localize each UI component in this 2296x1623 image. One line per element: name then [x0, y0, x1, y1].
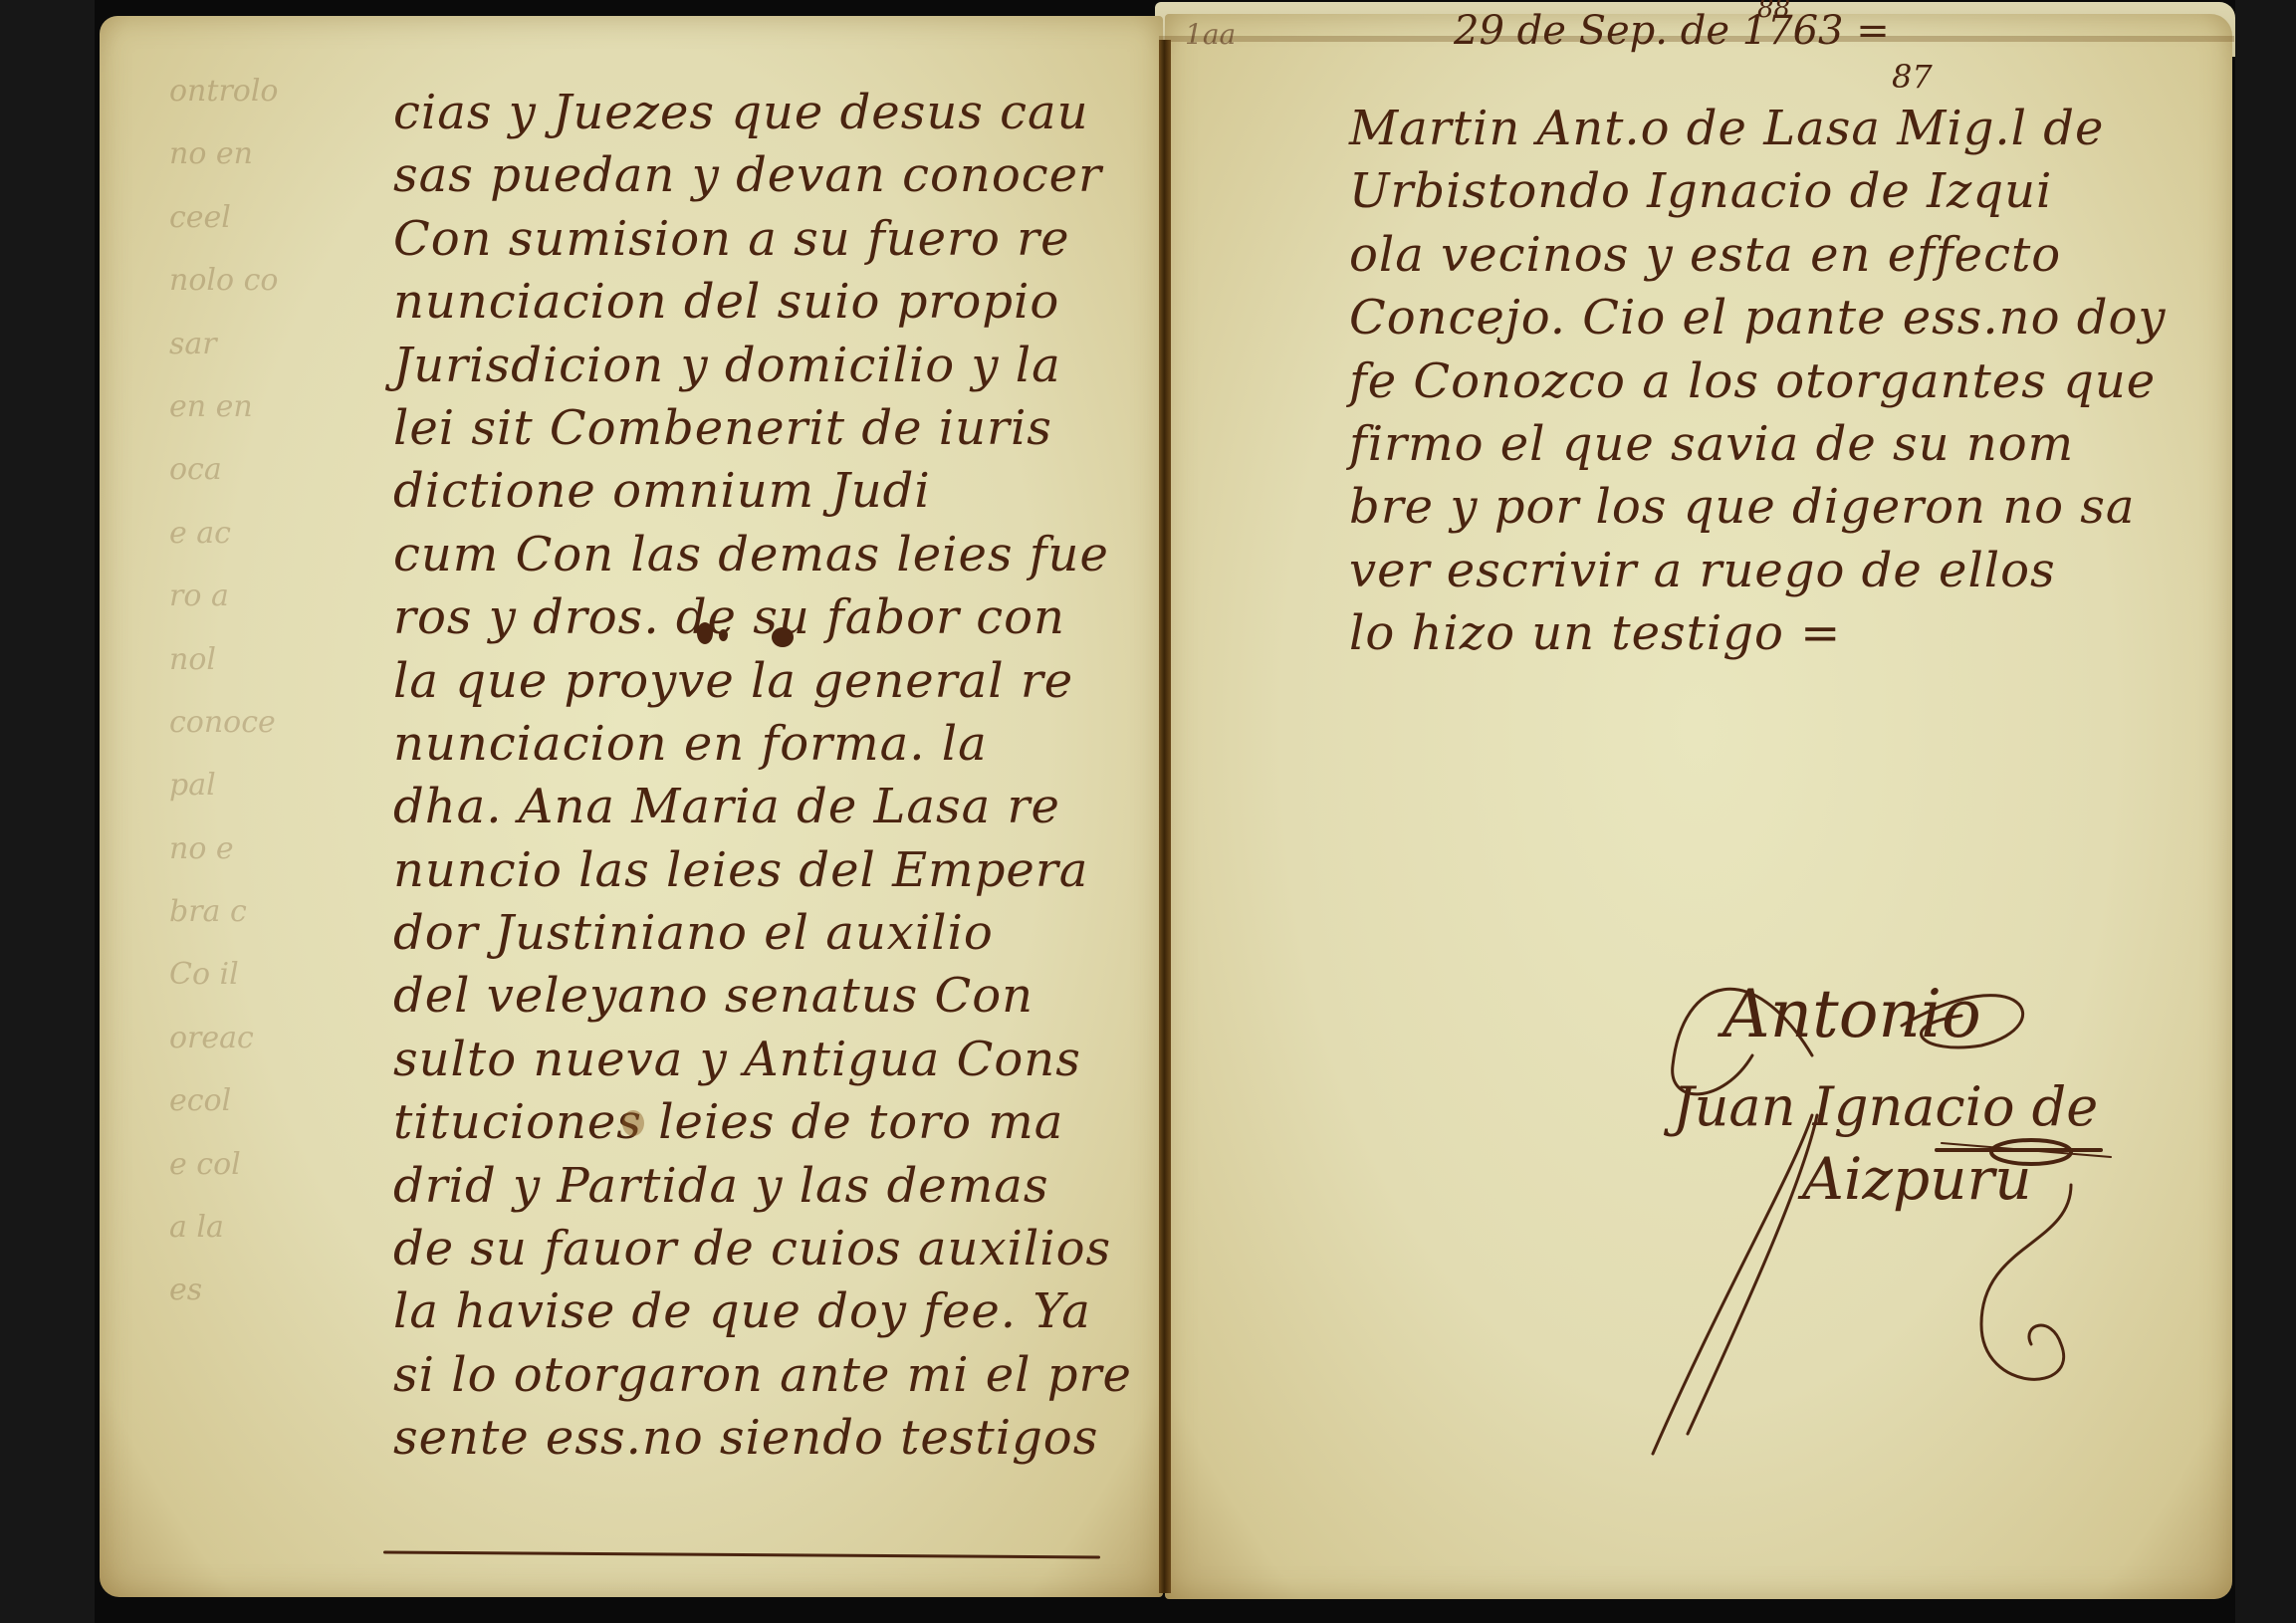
bleed-through-margin: ontrolo no en ceel nolo co sar en en oca…	[169, 60, 398, 1322]
ink-blot	[719, 629, 728, 641]
bleed-line: ontrolo	[169, 60, 398, 122]
signature-juan-ignacio: Juan Ignacio de	[1673, 1075, 2098, 1138]
bleed-line: ecol	[169, 1069, 398, 1132]
text-line: ola vecinos y esta en effecto	[1349, 224, 2205, 287]
text-line: drid y Partida y las demas	[393, 1155, 1150, 1218]
text-line: del veleyano senatus Con	[393, 965, 1150, 1028]
text-line: nunciacion en forma. la	[393, 713, 1150, 776]
ink-blot	[697, 622, 713, 644]
left-page-text: cias y Juezes que desus cau sas puedan y…	[393, 82, 1150, 1471]
bleed-line: oreac	[169, 1007, 398, 1069]
text-line: tituciones leies de toro ma	[393, 1091, 1150, 1154]
text-line: de su fauor de cuios auxilios	[393, 1218, 1150, 1280]
faint-header-note: 1aa	[1185, 18, 1236, 51]
right-page-text: Martin Ant.o de Lasa Mig.l de Urbistondo…	[1349, 98, 2205, 666]
scan-background-left	[0, 0, 95, 1623]
folio-number: 87	[1892, 58, 1933, 96]
paper-stain	[622, 1110, 644, 1136]
text-line: si lo otorgaron ante mi el pre	[393, 1344, 1150, 1407]
text-line: dictione omnium Judi	[393, 460, 1150, 523]
bleed-line: sar	[169, 313, 398, 375]
bleed-line: no e	[169, 817, 398, 880]
text-line: lei sit Combenerit de iuris	[393, 397, 1150, 460]
ink-blot	[772, 627, 794, 647]
text-line: cum Con las demas leies fue	[393, 524, 1150, 586]
text-line: nunciacion del suio propio	[393, 271, 1150, 334]
text-line: la havise de que doy fee. Ya	[393, 1280, 1150, 1343]
bleed-line: no en	[169, 122, 398, 185]
text-line: Jurisdicion y domicilio y la	[393, 335, 1150, 397]
bleed-line: es	[169, 1259, 398, 1321]
bleed-line: oca	[169, 438, 398, 501]
signature-aizpuru: Aizpuru	[1802, 1145, 2032, 1213]
bleed-line: ceel	[169, 186, 398, 249]
bleed-line: ro a	[169, 565, 398, 627]
text-line: dor Justiniano el auxilio	[393, 902, 1150, 965]
bleed-line: en en	[169, 375, 398, 438]
text-line: ver escrivir a ruego de ellos	[1349, 540, 2205, 602]
text-line: nuncio las leies del Empera	[393, 839, 1150, 902]
folio-number-top: 88	[1757, 0, 1790, 24]
text-line: sas puedan y devan conocer	[393, 144, 1150, 207]
text-line: dha. Ana Maria de Lasa re	[393, 776, 1150, 838]
bleed-line: nolo co	[169, 249, 398, 312]
text-line: sulto nueva y Antigua Cons	[393, 1029, 1150, 1091]
bleed-line: pal	[169, 754, 398, 816]
signature-antonio: Antonio	[1722, 976, 1981, 1052]
bleed-line: nol	[169, 628, 398, 691]
signature-block: Antonio Juan Ignacio de Aizpuru	[1643, 936, 2200, 1454]
bleed-line: Co il	[169, 943, 398, 1006]
bleed-line: bra c	[169, 880, 398, 943]
text-line: Con sumision a su fuero re	[393, 208, 1150, 271]
bleed-line: a la	[169, 1196, 398, 1259]
header-date: 29 de Sep. de 1763 =	[1454, 8, 1890, 54]
bleed-line: conoce	[169, 691, 398, 754]
text-line: la que proyve la general re	[393, 650, 1150, 713]
text-line: Concejo. Cio el pante ess.no doy	[1349, 287, 2205, 349]
text-line: cias y Juezes que desus cau	[393, 82, 1150, 144]
book-gutter	[1159, 40, 1171, 1593]
text-line: firmo el que savia de su nom	[1349, 413, 2205, 476]
text-line: Martin Ant.o de Lasa Mig.l de	[1349, 98, 2205, 160]
bleed-line: e ac	[169, 502, 398, 565]
bleed-line: e col	[169, 1133, 398, 1196]
text-line: sente ess.no siendo testigos	[393, 1407, 1150, 1470]
text-line: Urbistondo Ignacio de Izqui	[1349, 160, 2205, 223]
text-line: bre y por los que digeron no sa	[1349, 476, 2205, 539]
text-line: lo hizo un testigo =	[1349, 602, 2205, 665]
text-line: fe Conozco a los otorgantes que	[1349, 350, 2205, 413]
